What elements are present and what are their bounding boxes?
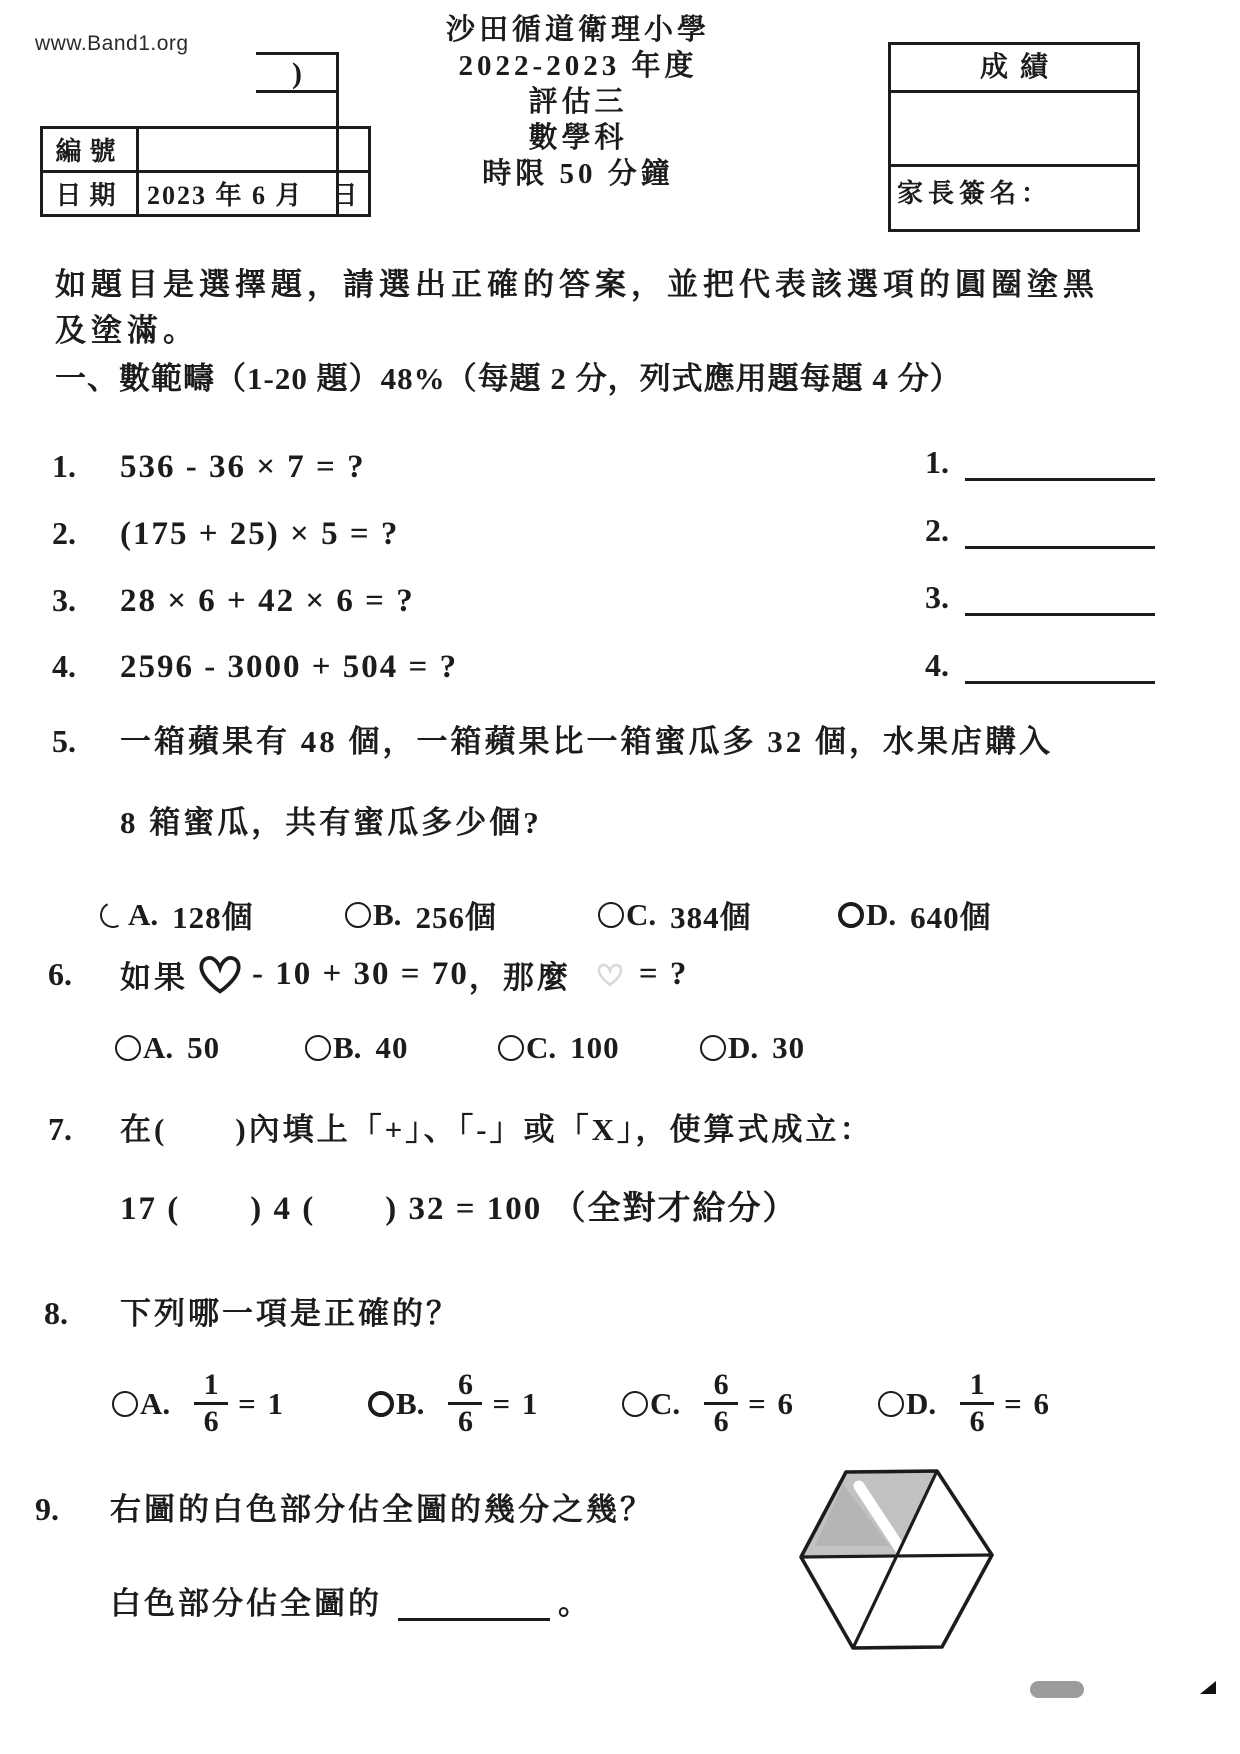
fraction: 6 6 (448, 1368, 482, 1439)
answer-row-2: 2. (925, 512, 1155, 549)
assessment-title: 評估三 (398, 84, 758, 120)
question-equation: 536 - 36 × 7 = ? (120, 449, 366, 486)
section-title: 一、數範疇（1-20 題）48%（每題 2 分，列式應用題每題 4 分） (55, 353, 962, 398)
option-label: C. (626, 897, 656, 933)
option-value: 30 (772, 1030, 805, 1066)
option-value: 128個 (172, 892, 254, 937)
fraction-numerator: 6 (452, 1368, 479, 1402)
q6-middle: ，那麼 (469, 952, 571, 997)
instructions-line1: 如題目是選擇題，請選出正確的答案，並把代表該選項的圓圈塗黑 (55, 262, 1099, 308)
answer-number: 2. (925, 512, 949, 549)
date-value: 2023 年 6 月 日 (138, 172, 370, 216)
scan-artifact-blob (1030, 1681, 1084, 1698)
heart-icon (198, 955, 242, 995)
q6-prefix: 如果 (120, 952, 188, 997)
option-label: B. (396, 1386, 424, 1422)
question-text-line1: 右圖的白色部分佔全圖的幾分之幾？ (110, 1484, 654, 1529)
time-limit: 時限 50 分鐘 (398, 156, 758, 192)
question-2: 2. (175 + 25) × 5 = ? (52, 515, 399, 553)
question-7: 7. 在( )內填上「+」、「-」或「X」，使算式成立： (48, 1104, 874, 1149)
school-year: 2022-2023 年度 (398, 48, 758, 84)
answer-blank-1[interactable] (965, 445, 1155, 481)
answer-blank-2[interactable] (965, 513, 1155, 549)
answer-row-1: 1. (925, 444, 1155, 481)
id-table: 編號 日期 2023 年 6 月 日 (40, 126, 371, 217)
q6-option-c: C. 100 (498, 1030, 620, 1066)
score-box-empty-cell[interactable] (891, 93, 1137, 167)
option-bubble-icon[interactable] (368, 1391, 394, 1417)
question-number: 4. (52, 648, 120, 685)
answer-blank-3[interactable] (965, 580, 1155, 616)
fraction-rhs: = 1 (492, 1386, 539, 1422)
option-value: 640個 (910, 892, 992, 937)
option-label: A. (128, 897, 158, 933)
hexagon-figure (795, 1466, 997, 1654)
option-bubble-icon[interactable] (700, 1035, 726, 1061)
fraction-numerator: 6 (708, 1368, 735, 1402)
option-value: 40 (375, 1030, 408, 1066)
answer-number: 1. (925, 444, 949, 481)
option-label: D. (906, 1386, 936, 1422)
question-equation: 2596 - 3000 + 504 = ? (120, 649, 458, 686)
question-number: 6. (48, 956, 120, 993)
fraction-denominator: 6 (708, 1405, 735, 1439)
q6-equation-part: - 10 + 30 = 70 (252, 956, 469, 993)
answer-row-4: 4. (925, 647, 1155, 684)
q9-period: 。 (558, 1578, 592, 1623)
q8-option-b: B. 6 6 = 1 (368, 1368, 539, 1439)
subject-title: 數學科 (398, 120, 758, 156)
exam-header: 沙田循道衛理小學 2022-2023 年度 評估三 數學科 時限 50 分鐘 (398, 12, 758, 192)
question-text-line1: 一箱蘋果有 48 個，一箱蘋果比一箱蜜瓜多 32 個，水果店購入 (120, 716, 1053, 761)
option-bubble-icon[interactable] (345, 902, 371, 928)
option-label: A. (140, 1386, 170, 1422)
question-number: 8. (44, 1295, 120, 1332)
q8-option-c: C. 6 6 = 6 (622, 1368, 795, 1439)
q6-option-b: B. 40 (305, 1030, 408, 1066)
question-6: 6. 如果 - 10 + 30 = 70 ，那麼 = ? (48, 952, 688, 997)
question-number: 7. (48, 1111, 120, 1148)
question-4: 4. 2596 - 3000 + 504 = ? (52, 648, 458, 686)
option-bubble-icon[interactable] (622, 1391, 648, 1417)
q5-option-a: A. 128個 (100, 892, 254, 937)
question-equation: (175 + 25) × 5 = ? (120, 516, 399, 553)
instructions-line2: 及塗滿。 (55, 308, 1099, 354)
school-name: 沙田循道衛理小學 (398, 12, 758, 48)
option-bubble-icon[interactable] (112, 1391, 138, 1417)
option-value: 50 (187, 1030, 220, 1066)
q5-option-b: B. 256個 (345, 892, 497, 937)
fraction: 1 6 (194, 1368, 228, 1439)
paren-mark: ) (292, 57, 302, 90)
fraction-rhs: = 1 (238, 1386, 285, 1422)
option-label: D. (866, 897, 896, 933)
option-bubble-icon[interactable] (878, 1391, 904, 1417)
class-number-box: ) (256, 52, 338, 93)
option-bubble-icon[interactable] (305, 1035, 331, 1061)
question-number: 5. (52, 723, 120, 760)
fraction-denominator: 6 (964, 1405, 991, 1439)
q8-option-a: A. 1 6 = 1 (112, 1368, 285, 1439)
parent-signature-label[interactable]: 家長簽名： (891, 167, 1137, 229)
fraction-numerator: 1 (964, 1368, 991, 1402)
instructions: 如題目是選擇題，請選出正確的答案，並把代表該選項的圓圈塗黑 及塗滿。 (55, 262, 1099, 354)
answer-row-3: 3. (925, 579, 1155, 616)
q9-answer-prefix: 白色部分佔全圖的 (110, 1578, 382, 1623)
option-label: B. (373, 897, 401, 933)
q5-option-c: C. 384個 (598, 892, 752, 937)
question-number: 9. (35, 1491, 110, 1528)
question-number: 3. (52, 582, 120, 619)
answer-blank-4[interactable] (965, 648, 1155, 684)
exam-paper-page: www.Band1.org ) 編號 日期 2023 年 6 月 日 沙田循道衛… (0, 0, 1240, 1754)
question-3: 3. 28 × 6 + 42 × 6 = ? (52, 582, 415, 620)
question-number: 1. (52, 448, 120, 485)
q6-equation-tail: = ? (639, 956, 689, 993)
q6-option-a: A. 50 (115, 1030, 220, 1066)
fraction-rhs: = 6 (748, 1386, 795, 1422)
question-equation: 28 × 6 + 42 × 6 = ? (120, 583, 415, 620)
faint-heart-icon (597, 963, 623, 987)
question-1: 1. 536 - 36 × 7 = ? (52, 448, 366, 486)
fraction: 1 6 (960, 1368, 994, 1439)
q8-option-d: D. 1 6 = 6 (878, 1368, 1051, 1439)
score-box-title: 成績 (891, 45, 1137, 93)
q9-answer-blank[interactable] (398, 1587, 550, 1621)
option-bubble-icon[interactable] (498, 1035, 524, 1061)
question-number: 2. (52, 515, 120, 552)
q5-option-d: D. 640個 (838, 892, 992, 937)
watermark: www.Band1.org (35, 32, 189, 56)
q6-option-d: D. 30 (700, 1030, 805, 1066)
id-value[interactable] (138, 128, 370, 172)
question-9: 9. 右圖的白色部分佔全圖的幾分之幾？ (35, 1484, 654, 1529)
date-label: 日期 (42, 172, 138, 216)
question-text: 下列哪一項是正確的？ (120, 1288, 460, 1333)
page-corner-mark (1200, 1681, 1216, 1694)
option-label: C. (526, 1030, 556, 1066)
fraction-denominator: 6 (452, 1405, 479, 1439)
table-row: 日期 2023 年 6 月 日 (42, 172, 370, 216)
fraction-denominator: 6 (198, 1405, 225, 1439)
option-bubble-icon[interactable] (97, 898, 130, 931)
fraction-numerator: 1 (198, 1368, 225, 1402)
answer-number: 4. (925, 647, 949, 684)
question-8: 8. 下列哪一項是正確的？ (44, 1288, 460, 1333)
option-label: C. (650, 1386, 680, 1422)
question-5: 5. 一箱蘋果有 48 個，一箱蘋果比一箱蜜瓜多 32 個，水果店購入 (52, 716, 1053, 761)
option-value: 100 (570, 1030, 620, 1066)
option-label: D. (728, 1030, 758, 1066)
question-text-line1: 在( )內填上「+」、「-」或「X」，使算式成立： (120, 1104, 874, 1149)
score-box: 成績 家長簽名： (888, 42, 1140, 232)
table-row: 編號 (42, 128, 370, 172)
id-label: 編號 (42, 128, 138, 172)
option-label: B. (333, 1030, 361, 1066)
option-value: 256個 (415, 892, 497, 937)
option-bubble-icon[interactable] (115, 1035, 141, 1061)
question-9-line2: 白色部分佔全圖的 。 (110, 1578, 592, 1623)
option-bubble-icon[interactable] (598, 902, 624, 928)
fraction: 6 6 (704, 1368, 738, 1439)
option-value: 384個 (670, 892, 752, 937)
q7-expression[interactable]: 17 ( ) 4 ( ) 32 = 100 （全對才給分） (120, 1182, 798, 1229)
question-5-line2: 8 箱蜜瓜，共有蜜瓜多少個? (120, 797, 542, 842)
option-bubble-icon[interactable] (838, 902, 864, 928)
fraction-rhs: = 6 (1004, 1386, 1051, 1422)
option-label: A. (143, 1030, 173, 1066)
answer-number: 3. (925, 579, 949, 616)
